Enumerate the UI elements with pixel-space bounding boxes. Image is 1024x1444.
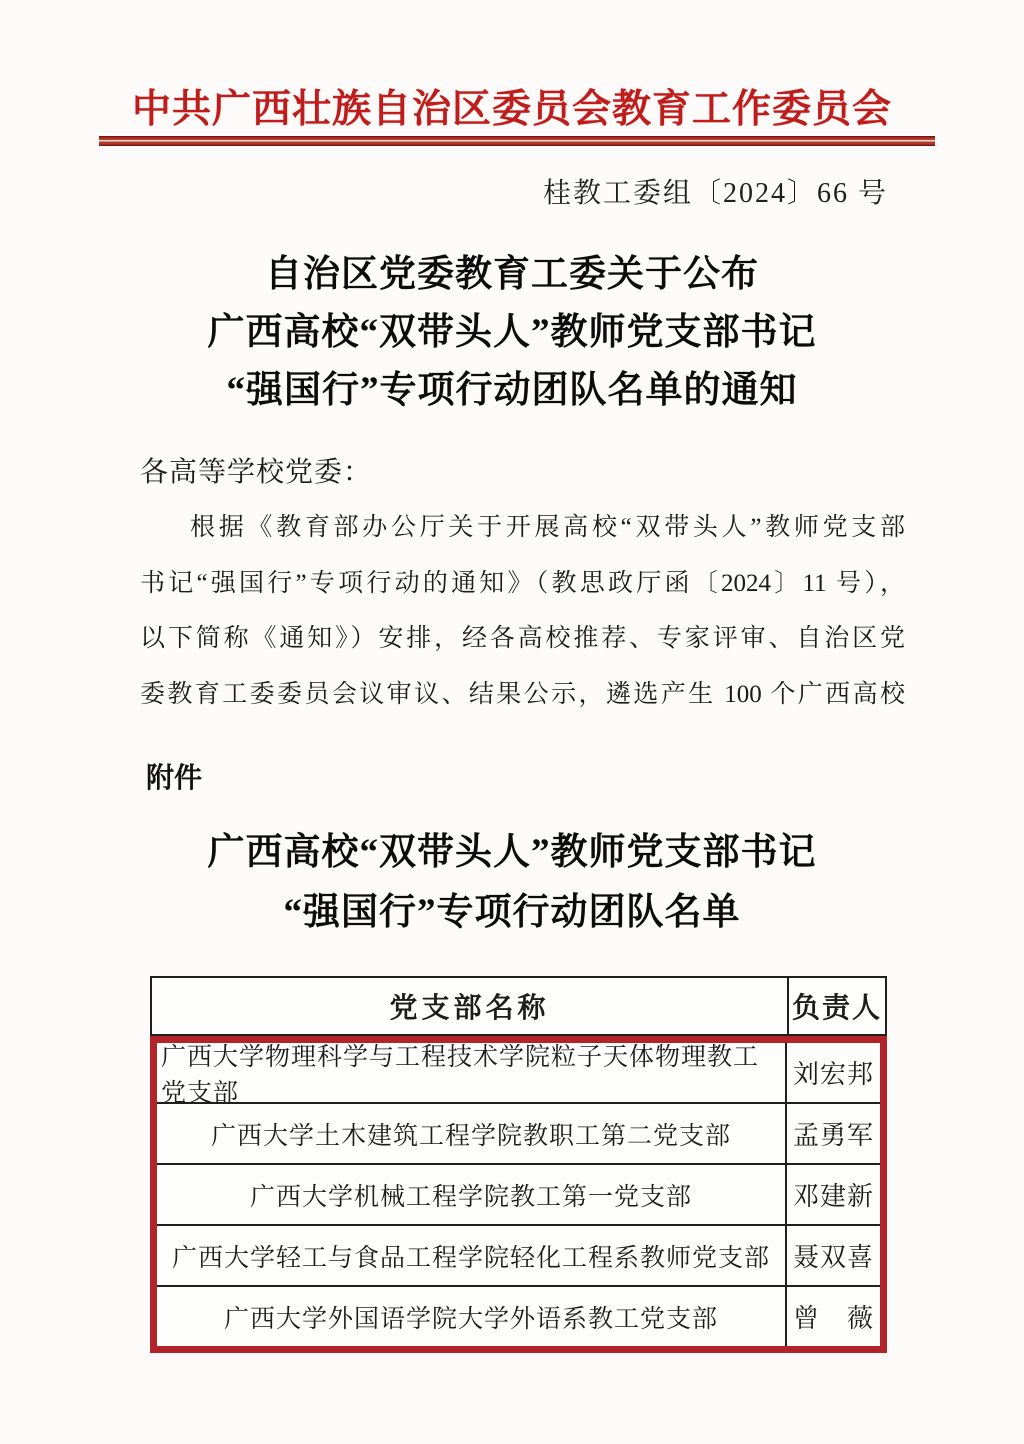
table-row: 广西大学土木建筑工程学院教职工第二党支部 孟勇军 — [157, 1102, 880, 1163]
attachment-title-line-2: “强国行”专项行动团队名单 — [0, 883, 1024, 943]
branch-name-cell: 广西大学物理科学与工程技术学院粒子天体物理教工党支部 — [157, 1043, 787, 1102]
attachment-label: 附件 — [146, 756, 202, 796]
table-body-highlighted: 广西大学物理科学与工程技术学院粒子天体物理教工党支部 刘宏邦 广西大学土木建筑工… — [150, 1036, 887, 1353]
letterhead-red-divider — [99, 136, 935, 146]
column-header-branch-name: 党支部名称 — [152, 978, 789, 1034]
document-page: 中共广西壮族自治区委员会教育工作委员会 桂教工委组〔2024〕66 号 自治区党… — [0, 0, 1024, 1444]
leader-cell: 邓建新 — [787, 1165, 880, 1224]
notice-title-line-2: 广西高校“双带头人”教师党支部书记 — [0, 304, 1024, 362]
leader-cell: 孟勇军 — [787, 1104, 880, 1163]
column-header-leader: 负责人 — [789, 978, 885, 1034]
leader-cell: 曾 薇 — [787, 1287, 880, 1346]
body-line: 根据《教育部办公厅关于开展高校“双带头人”教师党支部 — [140, 500, 905, 556]
branch-name-cell: 广西大学轻工与食品工程学院轻化工程系教师党支部 — [157, 1226, 787, 1285]
notice-title-line-1: 自治区党委教育工委关于公布 — [0, 246, 1024, 304]
leader-cell: 刘宏邦 — [787, 1043, 880, 1102]
branch-name-cell: 广西大学机械工程学院教工第一党支部 — [157, 1165, 787, 1224]
body-line: 以下简称《通知》）安排，经各高校推荐、专家评审、自治区党 — [140, 611, 905, 667]
branch-name-cell: 广西大学土木建筑工程学院教职工第二党支部 — [157, 1104, 787, 1163]
table-row: 广西大学物理科学与工程技术学院粒子天体物理教工党支部 刘宏邦 — [157, 1043, 880, 1102]
table-row: 广西大学机械工程学院教工第一党支部 邓建新 — [157, 1163, 880, 1224]
branch-name-cell: 广西大学外国语学院大学外语系教工党支部 — [157, 1287, 787, 1346]
document-number: 桂教工委组〔2024〕66 号 — [543, 171, 888, 211]
letterhead-org-title: 中共广西壮族自治区委员会教育工作委员会 — [0, 78, 1024, 134]
salutation: 各高等学校党委： — [140, 450, 372, 490]
table-row: 广西大学外国语学院大学外语系教工党支部 曾 薇 — [157, 1285, 880, 1346]
notice-body-paragraph: 根据《教育部办公厅关于开展高校“双带头人”教师党支部 书记“强国行”专项行动的通… — [140, 500, 905, 722]
leader-cell: 聂双喜 — [787, 1226, 880, 1285]
body-line: 委教育工委委员会议审议、结果公示，遴选产生 100 个广西高校 — [140, 667, 905, 723]
table-header-row: 党支部名称 负责人 — [150, 976, 887, 1036]
notice-title: 自治区党委教育工委关于公布 广西高校“双带头人”教师党支部书记 “强国行”专项行… — [0, 246, 1024, 420]
notice-title-line-3: “强国行”专项行动团队名单的通知 — [0, 362, 1024, 420]
roster-table: 党支部名称 负责人 广西大学物理科学与工程技术学院粒子天体物理教工党支部 刘宏邦… — [150, 976, 887, 1353]
attachment-title: 广西高校“双带头人”教师党支部书记 “强国行”专项行动团队名单 — [0, 823, 1024, 943]
attachment-title-line-1: 广西高校“双带头人”教师党支部书记 — [0, 823, 1024, 883]
body-line: 书记“强国行”专项行动的通知》（教思政厅函〔2024〕11 号）， — [140, 556, 905, 612]
table-row: 广西大学轻工与食品工程学院轻化工程系教师党支部 聂双喜 — [157, 1224, 880, 1285]
